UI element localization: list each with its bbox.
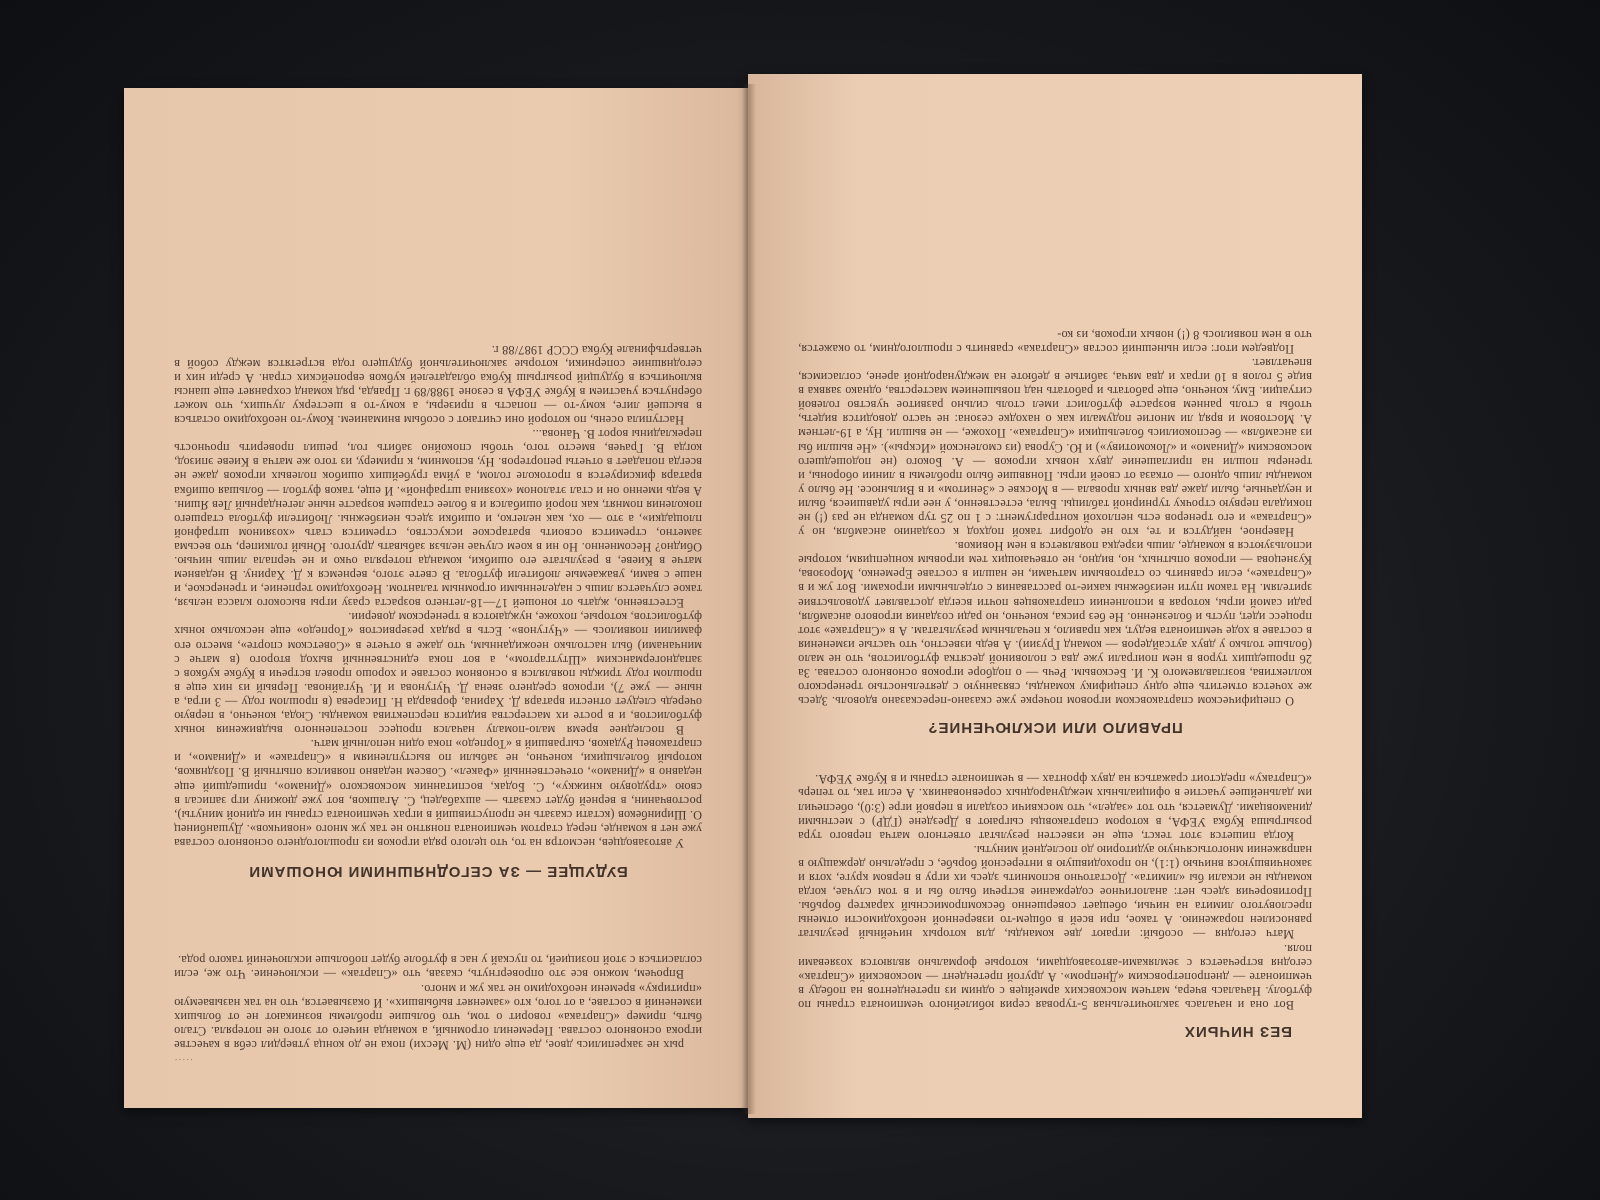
right-page: БЕЗ НИЧЬИХ Вот она и началась заключител… [748,74,1362,1118]
paragraph: Наверное, найдутся и те, кто не одобрит … [798,356,1312,539]
centre-fold [742,84,756,1114]
programme-spread: ····· рых не закрепились двое, да еще од… [124,74,1362,1118]
section-heading: ПРАВИЛО ИЛИ ИСКЛЮЧЕНИЕ? [798,720,1312,734]
paragraph: рых не закрепились двое, да еще один (М.… [174,981,702,1051]
article-heading: БУДУЩЕЕ — ЗА СЕГОДНЯШНИМИ ЮНОШАМИ [174,864,702,878]
paragraph: В последнее время мало-помалу начался пр… [174,610,702,737]
section-heading: БЕЗ НИЧЬИХ [798,1024,1312,1038]
left-page-intro: ····· рых не закрепились двое, да еще од… [174,953,702,1066]
paragraph: Подведем итог: если нынешний состав «Спа… [798,328,1312,356]
paragraph: Вот она и началась заключительная 5-туро… [798,941,1312,1011]
left-page-article: БУДУЩЕЕ — ЗА СЕГОДНЯШНИМИ ЮНОШАМИ У авто… [174,343,702,878]
paragraph: Впрочем, можно все это опровергнуть, ска… [174,953,702,981]
paragraph: О специфическом спартаковском игровом по… [798,539,1312,708]
paragraph: Когда пишется этот текст, еще не известе… [798,772,1312,842]
paragraph: У автозаводцев, несмотря на то, что цело… [174,737,702,850]
paragraph: Естественно, ждать от юношей 17—18-летне… [174,427,702,610]
section-bez-nichyikh: БЕЗ НИЧЬИХ Вот она и началась заключител… [798,328,1312,1038]
paragraph: Наступила осень, по которой они считают … [174,343,702,428]
left-page: ····· рых не закрепились двое, да еще од… [124,88,752,1108]
faded-stamp: ····· [174,1052,702,1066]
paragraph: Матч сегодня — особый: играют две команд… [798,843,1312,942]
